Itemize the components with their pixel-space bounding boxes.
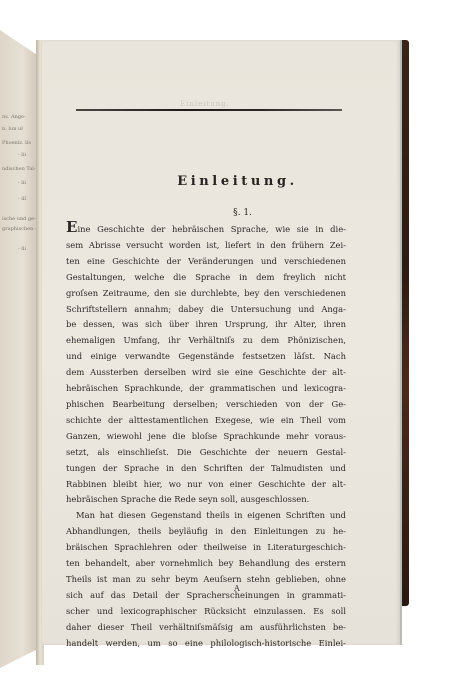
header-rule xyxy=(76,109,342,111)
text-line: Man hat diesen Gegenstand theils in eige… xyxy=(66,508,346,524)
text-line: Gestaltungen, welche die Sprache in dem … xyxy=(66,270,346,286)
bleed-through-header: Einleitung. xyxy=(180,100,230,108)
chapter-heading: Einleitung. xyxy=(0,174,457,189)
margin-note: n. lun ul xyxy=(2,126,23,132)
text-line: Ganzen, wiewohl jene die bloſse Sprachku… xyxy=(66,429,346,445)
margin-note: ns. Ange- xyxy=(2,114,26,120)
text-line: sich auf das Detail der Spracherscheinun… xyxy=(66,588,346,604)
signature-mark: A xyxy=(234,584,240,593)
text-line: dem Aussterben derselben wird sie eine G… xyxy=(66,365,346,381)
margin-note: Phoeniz. lis xyxy=(2,140,31,146)
text-line: handelt werden, um so eine philologisch-… xyxy=(66,636,346,652)
text-line: be dessen, was sich über ihren Ursprung,… xyxy=(66,317,346,333)
body-text: Eine Geschichte der hebräischen Sprache,… xyxy=(66,222,346,651)
text-line: und einige verwandte Gegenstände festset… xyxy=(66,349,346,365)
text-line: Schriftstellern annahm; dabey die Unters… xyxy=(66,302,346,318)
text-line: Eine Geschichte der hebräischen Sprache,… xyxy=(66,222,346,238)
section-number: §. 1. xyxy=(0,208,457,218)
margin-note: - ill xyxy=(18,196,26,202)
text-line: groſsen Zeitraume, den sie durchlebte, b… xyxy=(66,286,346,302)
margin-note: ndischen Tal- xyxy=(2,166,36,172)
text-line: ten behandelt, aber vornehmlich bey Beha… xyxy=(66,556,346,572)
text-line: schichte der alttestamentlichen Exegese,… xyxy=(66,413,346,429)
text-line: Rabbinen bleibt hier, wo nur von einer G… xyxy=(66,477,346,493)
text-line: phischen Bearbeitung derselben; verschie… xyxy=(66,397,346,413)
text-line: ehemaligen Umfang, ihr Verhältniſs zu de… xyxy=(66,333,346,349)
text-line: Theils ist man zu sehr beym Aeuſsern ste… xyxy=(66,572,346,588)
text-line: bräischen Sprachlehren oder theilweise i… xyxy=(66,540,346,556)
text-line: tungen der Sprache in den Schriften der … xyxy=(66,461,346,477)
margin-note: - lii xyxy=(18,152,26,158)
text-line: sem Abrisse versucht worden ist, liefert… xyxy=(66,238,346,254)
text-line: hebräischen Sprachkunde, der grammatisch… xyxy=(66,381,346,397)
left-page-leaf: ns. Ange- n. lun ul Phoeniz. lis - lii n… xyxy=(0,30,38,668)
margin-note: - lli xyxy=(18,246,26,252)
text-line: hebräischen Sprache die Rede seyn soll, … xyxy=(66,492,346,508)
text-line: daher dieser Theil verhältniſsmäſsig am … xyxy=(66,620,346,636)
drop-cap: E xyxy=(66,218,77,236)
text-line: scher und lexicographischer Rücksicht ei… xyxy=(66,604,346,620)
text-line: setzt, als einschlieſst. Die Geschichte … xyxy=(66,445,346,461)
text-line: Abhandlungen, theils beyläufig in den Ei… xyxy=(66,524,346,540)
text-line: ten eine Geschichte der Veränderungen un… xyxy=(66,254,346,270)
